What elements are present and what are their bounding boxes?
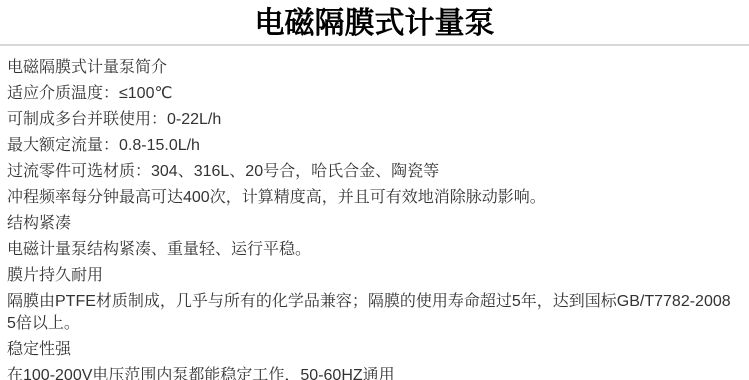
feature-compact-desc: 电磁计量泵结构紧凑、重量轻、运行平稳。 <box>7 239 742 261</box>
page-header: 电磁隔膜式计量泵 <box>0 0 749 46</box>
spec-parallel-use-flow: 可制成多台并联使用：0-22L/h <box>7 109 742 131</box>
product-description-body: 电磁隔膜式计量泵简介 适应介质温度：≤100℃ 可制成多台并联使用：0-22L/… <box>0 46 749 380</box>
spec-max-rated-flow: 最大额定流量：0.8-15.0L/h <box>7 135 742 157</box>
feature-diaphragm-desc: 隔膜由PTFE材质制成，几乎与所有的化学品兼容；隔膜的使用寿命超过5年，达到国标… <box>7 291 742 335</box>
feature-stability-title: 稳定性强 <box>7 339 742 361</box>
intro-heading: 电磁隔膜式计量泵简介 <box>7 57 742 79</box>
spec-wetted-parts-material: 过流零件可选材质：304、316L、20号合，哈氏合金、陶瓷等 <box>7 161 742 183</box>
spec-stroke-frequency: 冲程频率每分钟最高可达400次，计算精度高，并且可有效地消除脉动影响。 <box>7 187 742 209</box>
page-title: 电磁隔膜式计量泵 <box>0 7 749 40</box>
feature-compact-title: 结构紧凑 <box>7 213 742 235</box>
feature-diaphragm-title: 膜片持久耐用 <box>7 265 742 287</box>
product-description-page: 电磁隔膜式计量泵 电磁隔膜式计量泵简介 适应介质温度：≤100℃ 可制成多台并联… <box>0 0 749 380</box>
spec-medium-temperature: 适应介质温度：≤100℃ <box>7 83 742 105</box>
feature-stability-desc: 在100-200V电压范围内泵都能稳定工作，50-60HZ通用 <box>7 365 742 380</box>
